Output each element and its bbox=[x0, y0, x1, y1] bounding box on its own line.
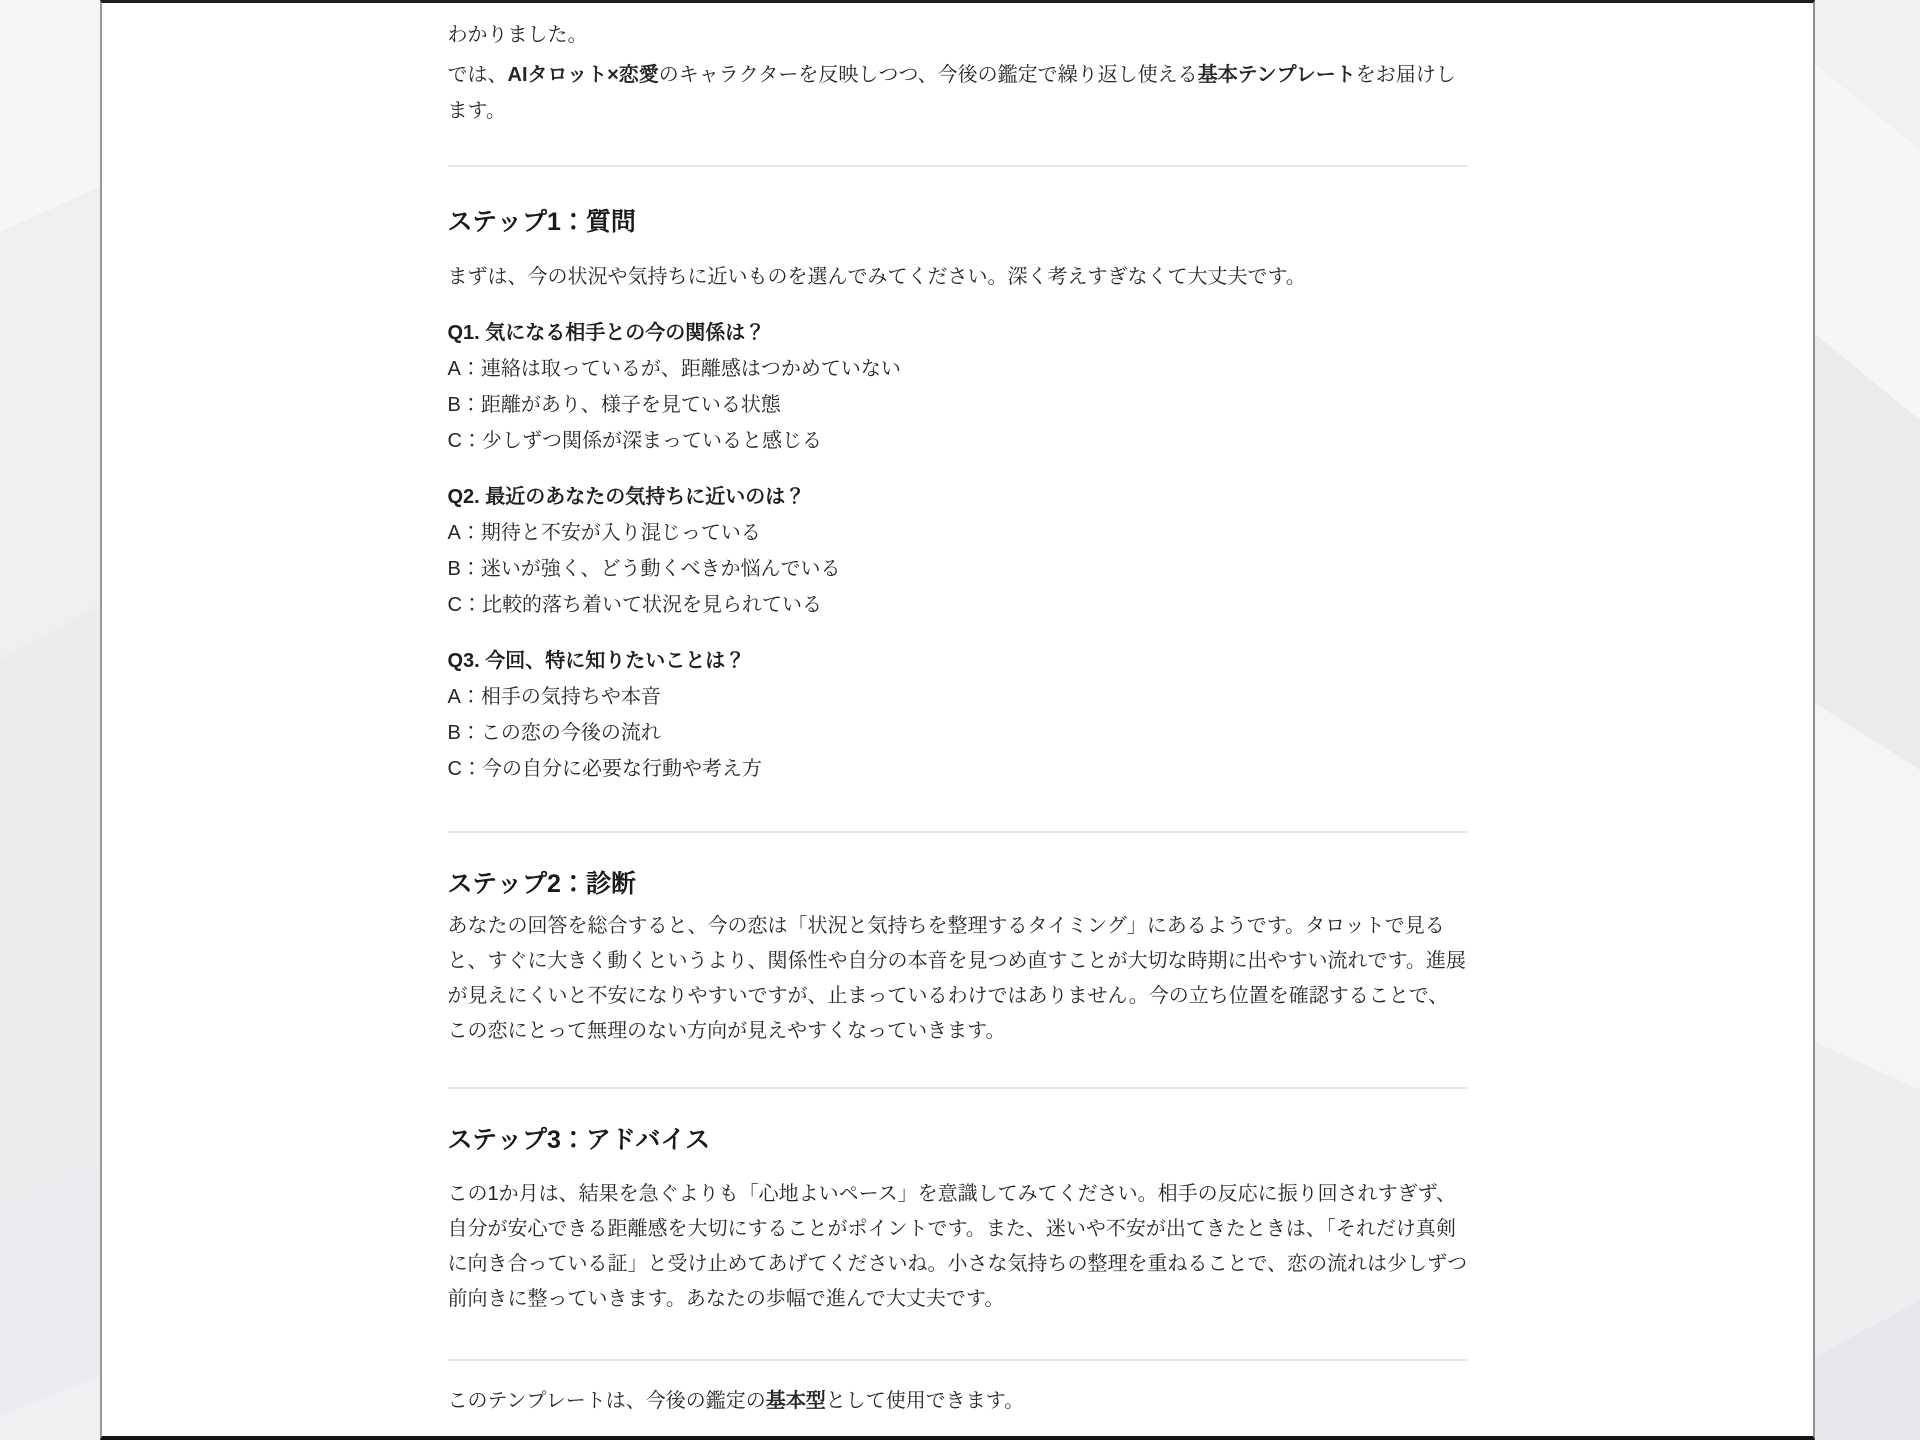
text-segment: として使用できます。 bbox=[826, 1390, 1024, 1412]
step2-body: あなたの回答を総合すると、今の恋は「状況と気持ちを整理するタイミング」にあるよう… bbox=[448, 909, 1468, 1049]
question-option-b: B：迷いが強く、どう動くべきか悩んでいる bbox=[448, 551, 1468, 587]
question-block-q2: Q2. 最近のあなたの気持ちに近いのは？ A：期待と不安が入り混じっている B：… bbox=[448, 479, 1468, 623]
step2-heading: ステップ2：診断 bbox=[448, 865, 1468, 903]
emphasized-text: 基本テンプレート bbox=[1198, 64, 1356, 86]
question-block-q1: Q1. 気になる相手との今の関係は？ A：連絡は取っているが、距離感はつかめてい… bbox=[448, 315, 1468, 459]
footer-note: このテンプレートは、今後の鑑定の基本型として使用できます。 bbox=[448, 1383, 1468, 1419]
question-title: Q3. 今回、特に知りたいことは？ bbox=[448, 643, 1468, 679]
intro-description: では、AIタロット×恋愛のキャラクターを反映しつつ、今後の鑑定で繰り返し使える基… bbox=[448, 57, 1468, 129]
text-segment: このテンプレートは、今後の鑑定の bbox=[448, 1390, 766, 1412]
section-divider bbox=[448, 1087, 1468, 1089]
step1-heading: ステップ1：質問 bbox=[448, 203, 1468, 241]
text-segment: のキャラクターを反映しつつ、今後の鑑定で繰り返し使える bbox=[659, 64, 1198, 86]
emphasized-text: 基本型 bbox=[766, 1390, 826, 1412]
question-option-c: C：比較的落ち着いて状況を見られている bbox=[448, 587, 1468, 623]
question-title: Q1. 気になる相手との今の関係は？ bbox=[448, 315, 1468, 351]
question-option-a: A：期待と不安が入り混じっている bbox=[448, 515, 1468, 551]
question-option-a: A：連絡は取っているが、距離感はつかめていない bbox=[448, 351, 1468, 387]
document-panel: わかりました。 では、AIタロット×恋愛のキャラクターを反映しつつ、今後の鑑定で… bbox=[100, 0, 1815, 1440]
intro-acknowledgement: わかりました。 bbox=[448, 17, 1468, 53]
question-title: Q2. 最近のあなたの気持ちに近いのは？ bbox=[448, 479, 1468, 515]
question-block-q3: Q3. 今回、特に知りたいことは？ A：相手の気持ちや本音 B：この恋の今後の流… bbox=[448, 643, 1468, 787]
section-divider bbox=[448, 831, 1468, 833]
question-option-a: A：相手の気持ちや本音 bbox=[448, 679, 1468, 715]
question-option-c: C：少しずつ関係が深まっていると感じる bbox=[448, 423, 1468, 459]
text-segment: では、 bbox=[448, 64, 508, 86]
question-option-c: C：今の自分に必要な行動や考え方 bbox=[448, 751, 1468, 787]
question-option-b: B：この恋の今後の流れ bbox=[448, 715, 1468, 751]
reading-template-content: わかりました。 では、AIタロット×恋愛のキャラクターを反映しつつ、今後の鑑定で… bbox=[448, 3, 1468, 1419]
section-divider bbox=[448, 1359, 1468, 1361]
question-option-b: B：距離があり、様子を見ている状態 bbox=[448, 387, 1468, 423]
step3-body: この1か月は、結果を急ぐよりも「心地よいペース」を意識してみてください。相手の反… bbox=[448, 1177, 1468, 1317]
step3-heading: ステップ3：アドバイス bbox=[448, 1121, 1468, 1159]
emphasized-text: AIタロット×恋愛 bbox=[508, 64, 659, 86]
step1-lead: まずは、今の状況や気持ちに近いものを選んでみてください。深く考えすぎなくて大丈夫… bbox=[448, 259, 1468, 295]
section-divider bbox=[448, 165, 1468, 167]
